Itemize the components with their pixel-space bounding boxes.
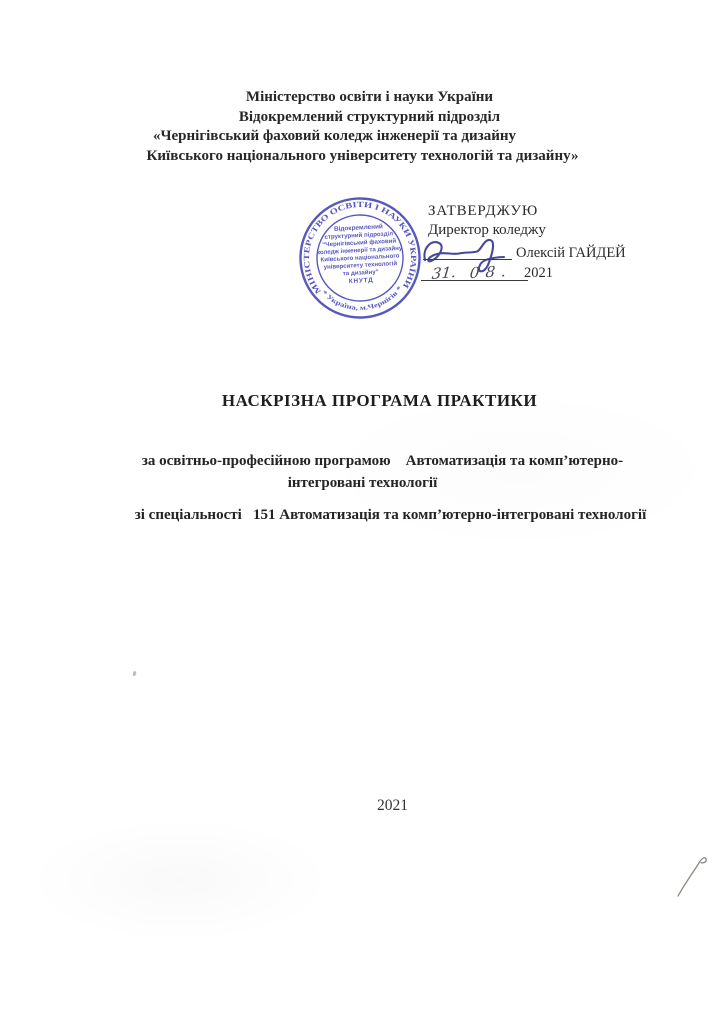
header-ministry-line: Міністерство освіти і науки України (7, 89, 725, 106)
college-stamp: МІНІСТЕРСТВО ОСВІТИ І НАУКИ УКРАЇНИ * Ук… (298, 196, 422, 320)
publication-year: 2021 (30, 797, 725, 815)
stamp-center-line-8: КНУТД (349, 277, 374, 285)
stamp-center-line-7: та дизайну” (343, 269, 379, 278)
header-university-line: Київського національного університету те… (0, 148, 725, 165)
pen-mark-artifact (672, 850, 708, 900)
signee-name: Олексій ГАЙДЕЙ (516, 245, 626, 262)
program-line-1: за освітньо-професійною програмою Автома… (20, 453, 725, 470)
approve-label: ЗАТВЕРДЖУЮ (428, 203, 538, 220)
approval-date-year: 2021 (524, 265, 553, 282)
pen-mark-stroke (678, 858, 706, 896)
specialty-line: зі спеціальності 151 Автоматизація та ко… (28, 507, 725, 524)
document-title: НАСКРІЗНА ПРОГРАМА ПРАКТИКИ (17, 391, 725, 411)
ink-speck-artifact (132, 671, 136, 676)
program-line-2: інтегровані технології (0, 475, 725, 492)
stamp-seal-graphic: МІНІСТЕРСТВО ОСВІТИ І НАУКИ УКРАЇНИ * Ук… (298, 196, 422, 320)
header-college-line: «Чернігівський фаховий коледж інженерії … (0, 128, 697, 145)
signature-underline (423, 259, 512, 260)
scanned-page: Міністерство освіти і науки України Відо… (0, 0, 725, 1024)
header-subdivision-line: Відокремлений структурний підрозділ (7, 109, 725, 126)
date-underline (421, 280, 528, 281)
